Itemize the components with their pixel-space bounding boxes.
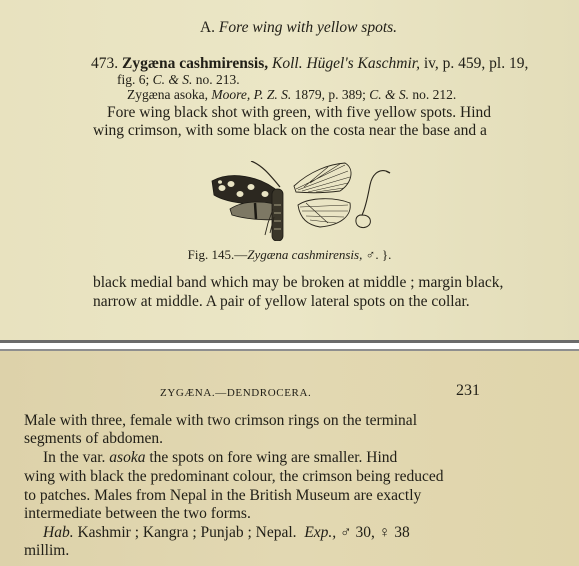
moth-figure-icon: [210, 161, 440, 241]
body-line-4: wing with black the predominant colour, …: [24, 468, 443, 486]
caption-scale: }.: [382, 247, 392, 262]
body-line-6: intermediate between the two forms.: [24, 505, 251, 523]
caption-figure-number: Fig. 145.—: [188, 247, 248, 262]
habitat-line: Hab. Kashmir ; Kangra ; Punjab ; Nepal. …: [43, 524, 410, 542]
continuation-line-2: narrow at middle. A pair of yellow later…: [93, 293, 470, 311]
running-head: ZYGÆNA.—DENDROCERA.: [160, 387, 311, 399]
synonym-cs: C. & S.: [369, 87, 409, 102]
section-title: Fore wing with yellow spots.: [219, 19, 397, 36]
section-heading: A. Fore wing with yellow spots.: [0, 19, 579, 37]
synonym-author: Moore, P. Z. S.: [211, 87, 291, 102]
reference-location: iv, p. 459, pl. 19,: [424, 55, 528, 72]
body-line-2: segments of abdomen.: [24, 430, 163, 448]
entry-number: 473.: [91, 55, 118, 72]
continuation-line-1: black medial band which may be broken at…: [93, 274, 503, 292]
figure-caption: Fig. 145.—Zygæna cashmirensis, ♂. }.: [0, 247, 579, 263]
section-label: A.: [200, 19, 215, 36]
variety-rest: the spots on fore wing are smaller. Hind: [149, 449, 397, 466]
synonym-line: Zygæna asoka, Moore, P. Z. S. 1879, p. 3…: [127, 87, 456, 103]
expanse-label: Exp.,: [304, 524, 336, 541]
species-entry-line-1: 473. Zygæna cashmirensis, Koll. Hügel's …: [91, 55, 528, 73]
reference-figure: fig. 6;: [117, 72, 149, 87]
moth-illustration: [210, 161, 440, 246]
reference-cs-number: no. 213.: [196, 72, 240, 87]
synonym-name: Zygæna asoka,: [127, 87, 208, 102]
page-number: 231: [456, 382, 480, 400]
body-line-5: to patches. Males from Nepal in the Brit…: [24, 487, 421, 505]
variety-line: In the var. asoka the spots on fore wing…: [43, 449, 397, 467]
species-name: Zygæna cashmirensis,: [122, 55, 268, 72]
caption-species: Zygæna cashmirensis,: [247, 247, 362, 262]
description-line-2: wing crimson, with some black on the cos…: [93, 122, 487, 140]
synonym-reference: 1879, p. 389;: [295, 87, 366, 102]
description-line-1: Fore wing black shot with green, with fi…: [107, 104, 491, 122]
habitat-localities: Kashmir ; Kangra ; Punjab ; Nepal.: [77, 524, 296, 541]
variety-name: asoka: [109, 449, 145, 466]
variety-prefix: In the var.: [43, 449, 105, 466]
top-page-scan: A. Fore wing with yellow spots. 473. Zyg…: [0, 0, 579, 340]
expanse-values: ♂ 30, ♀ 38: [340, 524, 410, 541]
habitat-label: Hab.: [43, 524, 74, 541]
reference-title: Koll. Hügel's Kaschmir,: [272, 55, 420, 72]
synonym-cs-number: no. 212.: [412, 87, 456, 102]
body-line-last: millim.: [24, 542, 69, 560]
body-line-1: Male with three, female with two crimson…: [24, 412, 417, 430]
male-symbol-icon: ♂.: [366, 247, 379, 262]
reference-cs: C. & S.: [153, 72, 193, 87]
species-entry-line-2: fig. 6; C. & S. no. 213.: [117, 72, 240, 88]
